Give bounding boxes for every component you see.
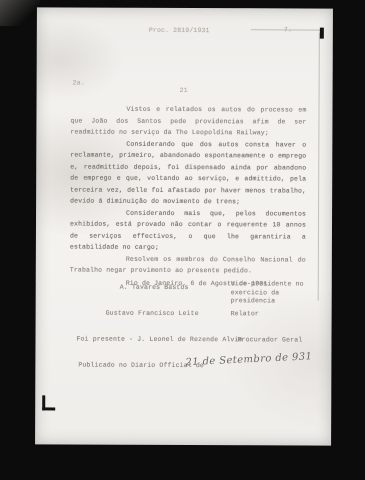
signature-relator-name: Gustavo Francisco Leite [106, 308, 199, 320]
signature-relator-title: Relator [231, 308, 259, 320]
signature-vice-president-name: A. Tavares Bastos [120, 282, 189, 294]
paragraph-considerando-1: Considerando que dos autos consta haver … [70, 138, 306, 208]
proc-number-header: Proc. 2819/1931 [149, 25, 210, 37]
page-number: 7. [284, 24, 292, 36]
document-page: Proc. 2819/1931 7. 2a. 21 Vistos e relat… [35, 7, 333, 445]
signature-vice-president-title: Vice-presidente no exercicio da presiden… [231, 280, 313, 306]
signature-procurador-name: Foi presente - J. Leonel de Rezende Alvi… [76, 334, 242, 346]
sheet-right-edge-line [318, 33, 320, 301]
body-text-block: Vistos e relatados os autos do processo … [70, 104, 307, 290]
signature-procurador-title: Procurador Geral [237, 334, 302, 346]
scanned-document-photo: Proc. 2819/1931 7. 2a. 21 Vistos e relat… [0, 0, 365, 480]
paragraph-resolucao: Resolvem os membros do Conselho Nacional… [70, 253, 306, 277]
margin-note: 2a. [73, 78, 85, 90]
publication-handwritten-date: 21 de Setembro de 931 [185, 351, 312, 368]
paragraph-preamble: Vistos e relatados os autos do processo … [70, 104, 306, 140]
bottom-left-corner-mark-horizontal [42, 407, 55, 410]
top-right-corner-mark [320, 28, 324, 39]
sheet-marker: 21 [180, 85, 188, 97]
paragraph-considerando-2: Considerando mais que, pelos documentos … [70, 207, 306, 254]
